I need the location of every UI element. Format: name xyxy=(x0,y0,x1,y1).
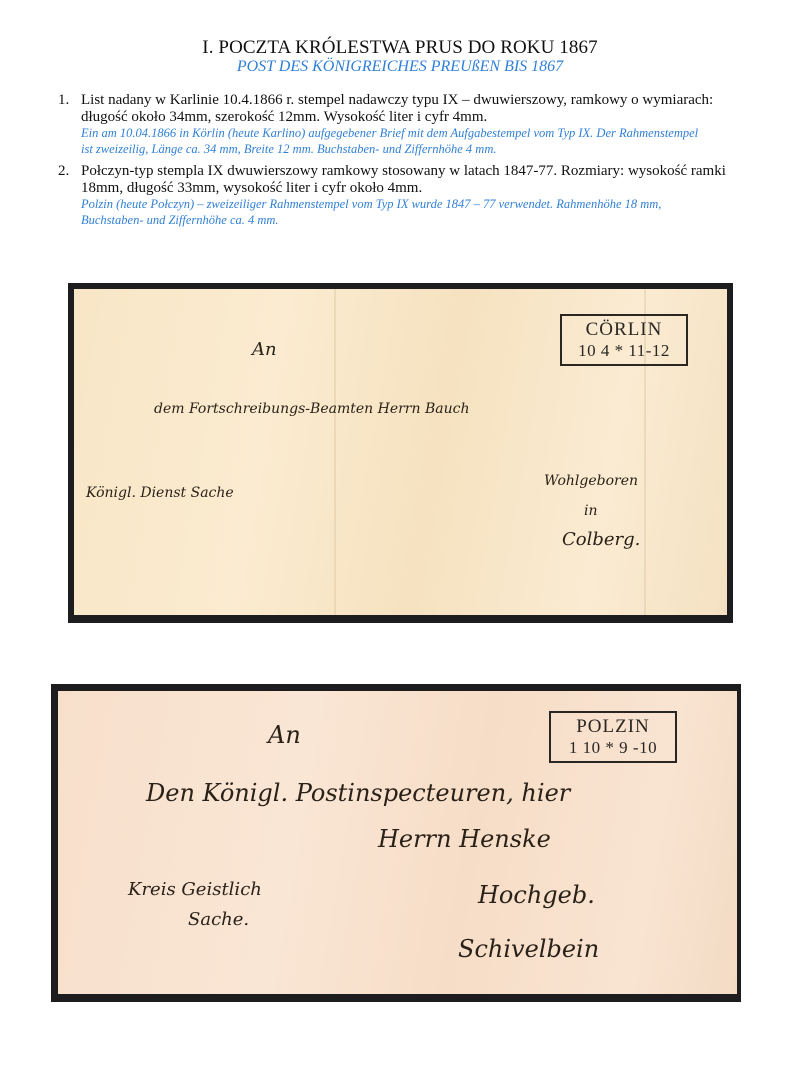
handwritten-address-line: Herrn Henske xyxy=(378,825,551,853)
handwritten-address-line: Hochgeb. xyxy=(478,881,595,909)
item-number: 1. xyxy=(58,92,69,109)
handwritten-sender-note: Königl. Dienst Sache xyxy=(86,485,234,501)
handwritten-address-line: dem Fortschreibungs-Beamten Herrn Bauch xyxy=(154,401,469,417)
handwritten-address-line: in xyxy=(584,503,598,519)
fold-line xyxy=(334,289,336,615)
handwritten-salutation: An xyxy=(268,721,301,749)
envelope-corlin: CÖRLIN 10 4 * 11-12 An dem Fortschreibun… xyxy=(68,283,733,623)
postmark-date: 1 10 * 9 -10 xyxy=(551,738,675,758)
handwritten-destination: Colberg. xyxy=(562,529,640,550)
envelope-paper: CÖRLIN 10 4 * 11-12 An dem Fortschreibun… xyxy=(74,289,727,615)
handwritten-address-line: Wohlgeboren xyxy=(544,473,638,489)
envelope-paper: POLZIN 1 10 * 9 -10 An Den Königl. Posti… xyxy=(58,691,737,994)
postmark-stamp: POLZIN 1 10 * 9 -10 xyxy=(549,711,677,763)
german-text-line: ist zweizeilig, Länge ca. 34 mm, Breite … xyxy=(81,142,798,158)
item-number: 2. xyxy=(58,163,69,180)
postmark-town: POLZIN xyxy=(551,716,675,738)
handwritten-sender-note: Kreis Geistlich xyxy=(128,879,262,900)
page-subtitle: POST DES KÖNIGREICHES PREUßEN BIS 1867 xyxy=(0,58,800,76)
envelope-polzin: POLZIN 1 10 * 9 -10 An Den Königl. Posti… xyxy=(51,684,741,1002)
description-item-2: 2. Połczyn-typ stempla IX dwuwierszowy r… xyxy=(58,163,798,228)
polish-text-line: długość około 34mm, szerokość 12mm. Wyso… xyxy=(81,109,798,126)
handwritten-salutation: An xyxy=(252,339,277,360)
polish-text-line: Połczyn-typ stempla IX dwuwierszowy ramk… xyxy=(81,163,798,180)
postmark-town: CÖRLIN xyxy=(562,319,686,341)
postmark-stamp: CÖRLIN 10 4 * 11-12 xyxy=(560,314,688,366)
handwritten-sender-note: Sache. xyxy=(188,909,249,930)
polish-text-line: List nadany w Karlinie 10.4.1866 r. stem… xyxy=(81,92,798,109)
german-text-line: Ein am 10.04.1866 in Körlin (heute Karli… xyxy=(81,126,798,142)
german-text-line: Polzin (heute Połczyn) – zweizeiliger Ra… xyxy=(81,197,781,213)
page-title: I. POCZTA KRÓLESTWA PRUS DO ROKU 1867 xyxy=(0,37,800,59)
handwritten-destination: Schivelbein xyxy=(458,935,599,963)
postmark-date: 10 4 * 11-12 xyxy=(562,341,686,361)
description-item-1: 1. List nadany w Karlinie 10.4.1866 r. s… xyxy=(58,92,798,157)
polish-text-line: 18mm, długość 33mm, wysokość liter i cyf… xyxy=(81,180,798,197)
handwritten-address-line: Den Königl. Postinspecteuren, hier xyxy=(146,779,570,807)
german-text-line: Buchstaben- und Ziffernhöhe ca. 4 mm. xyxy=(81,213,798,229)
